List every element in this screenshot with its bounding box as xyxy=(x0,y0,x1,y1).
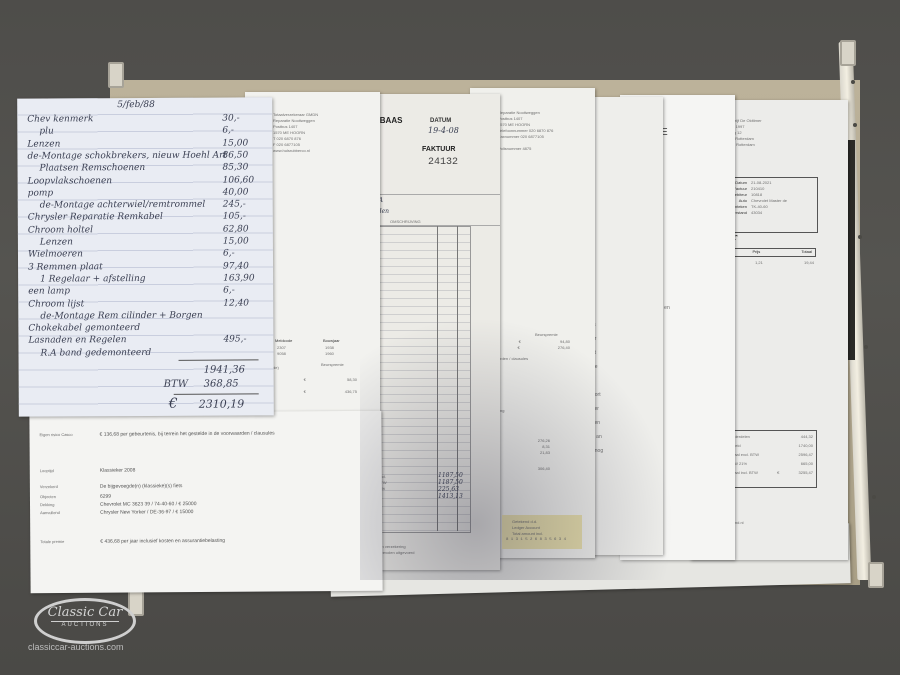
meldcode-label: Meldcode xyxy=(275,338,292,344)
note-line-amount: 6,- xyxy=(223,286,235,296)
note-line-amount: 6,- xyxy=(223,249,235,259)
policy-row: Eigen risico Casco€ 136,68 per gebeurten… xyxy=(39,422,274,442)
note-total: 2310,19 xyxy=(199,397,245,410)
note-date: 5/feb/88 xyxy=(117,100,155,110)
note-euro: € xyxy=(169,396,178,412)
note-line-text: Chroom lijst xyxy=(28,299,84,309)
policy-row: Totale premie€ 436,68 per jaar inclusief… xyxy=(40,528,225,547)
note-line-amount: 62,80 xyxy=(223,224,249,234)
rail-hole xyxy=(851,80,855,84)
note-line-text: een lamp xyxy=(28,287,70,297)
invoice-total-row: Totaal incl. BTW€3255,47 xyxy=(729,470,813,476)
note-line-amount: 86,50 xyxy=(222,150,248,160)
folder-hook-right-top xyxy=(840,40,856,66)
rail-hole xyxy=(858,235,862,239)
note-line-amount: 97,40 xyxy=(223,261,249,271)
date-value: 19-4-08 xyxy=(428,126,459,135)
note-line-amount: 40,00 xyxy=(223,187,249,197)
note-line-text: Plaatsen Remschoenen xyxy=(40,163,146,174)
note-line-amount: 15,00 xyxy=(222,138,248,148)
rail-hole xyxy=(872,495,876,499)
note-line-amount: 85,30 xyxy=(223,163,249,173)
note-btw: 368,85 xyxy=(204,379,239,390)
note-line-text: Lasnaden en Regelen xyxy=(28,335,126,346)
note-line-text: Chroom holtel xyxy=(28,225,93,235)
note-line-text: Chrysler Reparatie Remkabel xyxy=(28,212,163,223)
note-line-amount: 245,- xyxy=(223,200,246,210)
note-line-amount: 105,- xyxy=(223,212,246,222)
invoice-total-row: Onderdelen444,32 xyxy=(729,434,813,440)
note-line-amount: 106,60 xyxy=(223,175,255,185)
folder-hook-right-bottom xyxy=(868,562,884,588)
note-line-text: Lenzen xyxy=(27,139,60,149)
note-line-amount: 30,- xyxy=(222,114,239,124)
invoice-total-row: BTW 21%665,00 xyxy=(729,461,813,467)
note-line-text: 1 Regelaar + afstelling xyxy=(40,274,145,285)
folder-hook-left-top xyxy=(108,62,124,88)
rail-hole xyxy=(864,345,868,349)
note-line-text: plu xyxy=(39,127,53,137)
invoice-total-row: Arbeid1740,00 xyxy=(729,443,813,449)
note-btw-label: BTW xyxy=(164,379,188,390)
letter-address: Totaalverzekeraar GMDN Reparatie Nooitwe… xyxy=(273,112,318,154)
note-line-amount: 12,40 xyxy=(223,298,249,308)
policy-row: AanvullendChrysler New Yorker / DE-36-97… xyxy=(40,500,194,519)
insurance-policy-sheet: Eigen risico Casco€ 136,68 per gebeurten… xyxy=(29,411,382,593)
column-header: OMSCHRIJVING xyxy=(390,219,421,225)
note-line-text: Chev kenmerk xyxy=(27,114,93,124)
note-line-text: R.A band gedemonteerd xyxy=(40,348,151,359)
invoice-total-row: Totaal excl. BTW2596,47 xyxy=(729,452,813,458)
note-line-amount: 6,- xyxy=(222,126,234,136)
note-line-text: de-Montage achterwiel/remtrommel xyxy=(40,200,206,211)
note-line-text: de-Montage Rem cilinder + Borgen xyxy=(40,310,202,321)
note-line-amount: 163,90 xyxy=(223,273,255,283)
photo-shadow xyxy=(360,300,690,580)
watermark-url: classiccar-auctions.com xyxy=(28,642,124,652)
bouwjaar-label: Bouwjaar xyxy=(323,338,340,344)
classic-car-auctions-logo: Classic Car AUCTIONS xyxy=(34,598,136,644)
letter-address: Reparatie Nooitweggen Postbus 1407 1570 … xyxy=(498,110,553,152)
note-line-text: Wielmoeren xyxy=(28,250,83,260)
note-subtotal: 1941,36 xyxy=(204,364,245,375)
note-line-amount: 495,- xyxy=(223,335,246,345)
note-line-text: pomp xyxy=(28,188,54,198)
note-line-amount: 15,00 xyxy=(223,236,249,246)
rail-hole xyxy=(853,123,857,127)
note-line-text: Lenzen xyxy=(40,237,73,247)
note-line-text: Chokekabel gemonteerd xyxy=(28,323,140,334)
invoice-number: 24132 xyxy=(428,157,458,168)
handwritten-repair-bill: 5/feb/88 Chev kenmerk30,-plu6,-Lenzen15,… xyxy=(17,97,274,416)
invoice-totals-box: Onderdelen444,32Arbeid1740,00Totaal excl… xyxy=(725,430,817,488)
note-line-text: Loopvlakschoenen xyxy=(28,176,113,186)
note-line-text: de-Montage schokbrekers, nieuw Hoehl Art xyxy=(27,150,227,161)
invoice-label: FAKTUUR xyxy=(422,146,455,153)
note-line-text: 3 Remmen plaat xyxy=(28,262,103,272)
date-label: DATUM xyxy=(430,118,451,124)
